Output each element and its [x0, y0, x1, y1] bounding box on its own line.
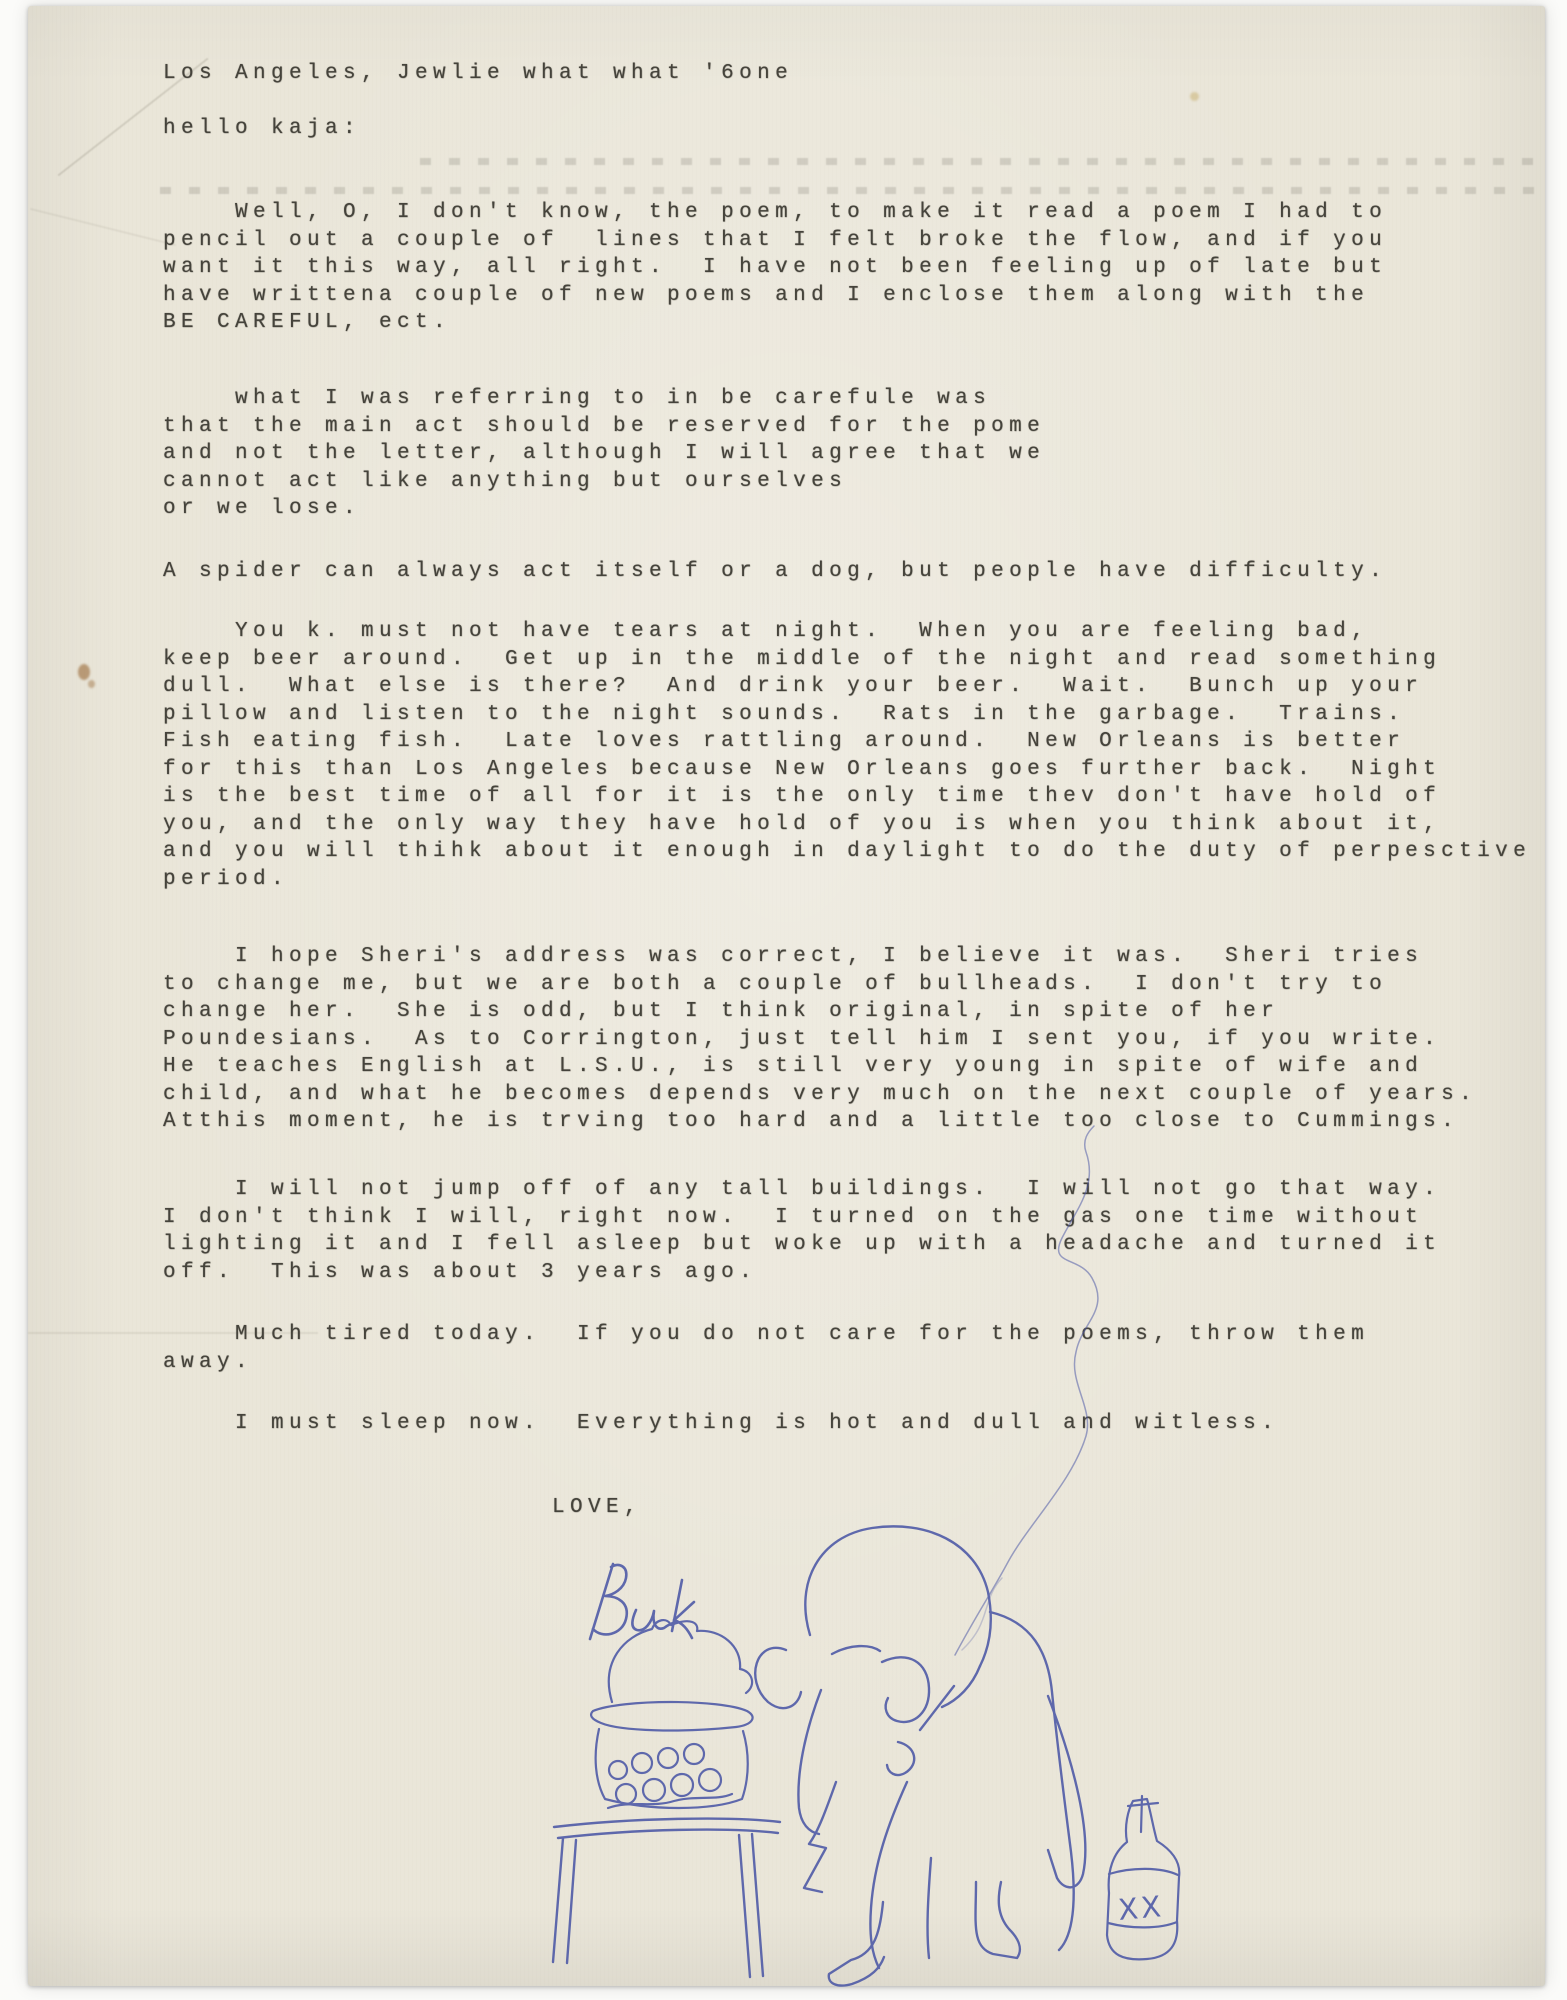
table-doodle	[553, 1819, 780, 1977]
letter-line: to change me, but we are both a couple o…	[163, 971, 1477, 999]
doodle-drawing: XX	[380, 1130, 1260, 1990]
letter-line: that the main act should be reserved for…	[163, 413, 1045, 441]
letter-line: have writtena couple of new poems and I …	[163, 282, 1387, 310]
letter-line: change her. She is odd, but I think orig…	[163, 998, 1477, 1026]
letter-line: Fish eating fish. Late loves rattling ar…	[163, 728, 1531, 756]
smoking-man-doodle	[755, 1526, 1085, 1985]
mouth-doodle	[887, 1742, 914, 1775]
letter-paragraph: Well, O, I don't know, the poem, to make…	[163, 199, 1387, 337]
letter-line: BE CAREFUL, ect.	[163, 309, 1387, 337]
hand-doodle	[804, 1782, 836, 1892]
letter-paragraph: I hope Sheri's address was correct, I be…	[163, 943, 1477, 1136]
letter-line: keep beer around. Get up in the middle o…	[163, 646, 1531, 674]
right-foot-doodle	[976, 1882, 1020, 1958]
letter-line: A spider can always act itself or a dog,…	[163, 558, 1387, 586]
letter-line: You k. must not have tears at night. Whe…	[163, 618, 1531, 646]
letter-line: for this than Los Angeles because New Or…	[163, 756, 1531, 784]
letter-line: cannot act like anything but ourselves	[163, 468, 1045, 496]
letter-paragraph: A spider can always act itself or a dog,…	[163, 558, 1387, 586]
paper-stain	[78, 664, 90, 680]
steaming-pot-doodle	[591, 1620, 753, 1808]
nose-doodle	[882, 1657, 929, 1722]
letter-line: pillow and listen to the night sounds. R…	[163, 701, 1531, 729]
letter-line: period.	[163, 866, 1531, 894]
letter-paragraph: You k. must not have tears at night. Whe…	[163, 618, 1531, 893]
beer-bottle-doodle: XX	[1107, 1796, 1179, 1959]
closed-eye-doodle	[832, 1646, 880, 1654]
letter-line: what I was referring to in be carefule w…	[163, 385, 1045, 413]
letter-line: is the best time of all for it is the on…	[163, 783, 1531, 811]
letter-line: I hope Sheri's address was correct, I be…	[163, 943, 1477, 971]
paper-stain	[88, 680, 95, 688]
paper-crease	[30, 208, 176, 246]
bottle-label: XX	[1117, 1889, 1166, 1927]
letter-line: Well, O, I don't know, the poem, to make…	[163, 199, 1387, 227]
letter-line: pencil out a couple of lines that I felt…	[163, 227, 1387, 255]
left-foot-doodle	[829, 1902, 884, 1986]
letter-line: dull. What else is there? And drink your…	[163, 673, 1531, 701]
letter-place-line: Los Angeles, Jewlie what what '6one	[163, 60, 793, 88]
letter-line: you, and the only way they have hold of …	[163, 811, 1531, 839]
photograph-background: { "letter": { "place_line": "Los Angeles…	[0, 0, 1567, 2000]
signature-buk	[590, 1564, 694, 1639]
letter-line: and you will thihk about it enough in da…	[163, 838, 1531, 866]
letter-line: want it this way, all right. I have not …	[163, 254, 1387, 282]
cigarette-smoke-doodle	[955, 1126, 1098, 1655]
letter-line: He teaches English at L.S.U., is still v…	[163, 1053, 1477, 1081]
letter-line: and not the letter, although I will agre…	[163, 440, 1045, 468]
letter-line: Poundesians. As to Corrington, just tell…	[163, 1026, 1477, 1054]
letter-salutation: hello kaja:	[163, 115, 361, 143]
struck-out-text-line	[420, 158, 1535, 165]
letter-line: or we lose.	[163, 495, 1045, 523]
ear-doodle	[755, 1648, 801, 1708]
struck-out-text-line	[160, 187, 1540, 194]
letter-line: child, and what he becomes depends very …	[163, 1081, 1477, 1109]
letter-paragraph: what I was referring to in be carefule w…	[163, 385, 1045, 523]
paper-stain	[1190, 92, 1199, 101]
